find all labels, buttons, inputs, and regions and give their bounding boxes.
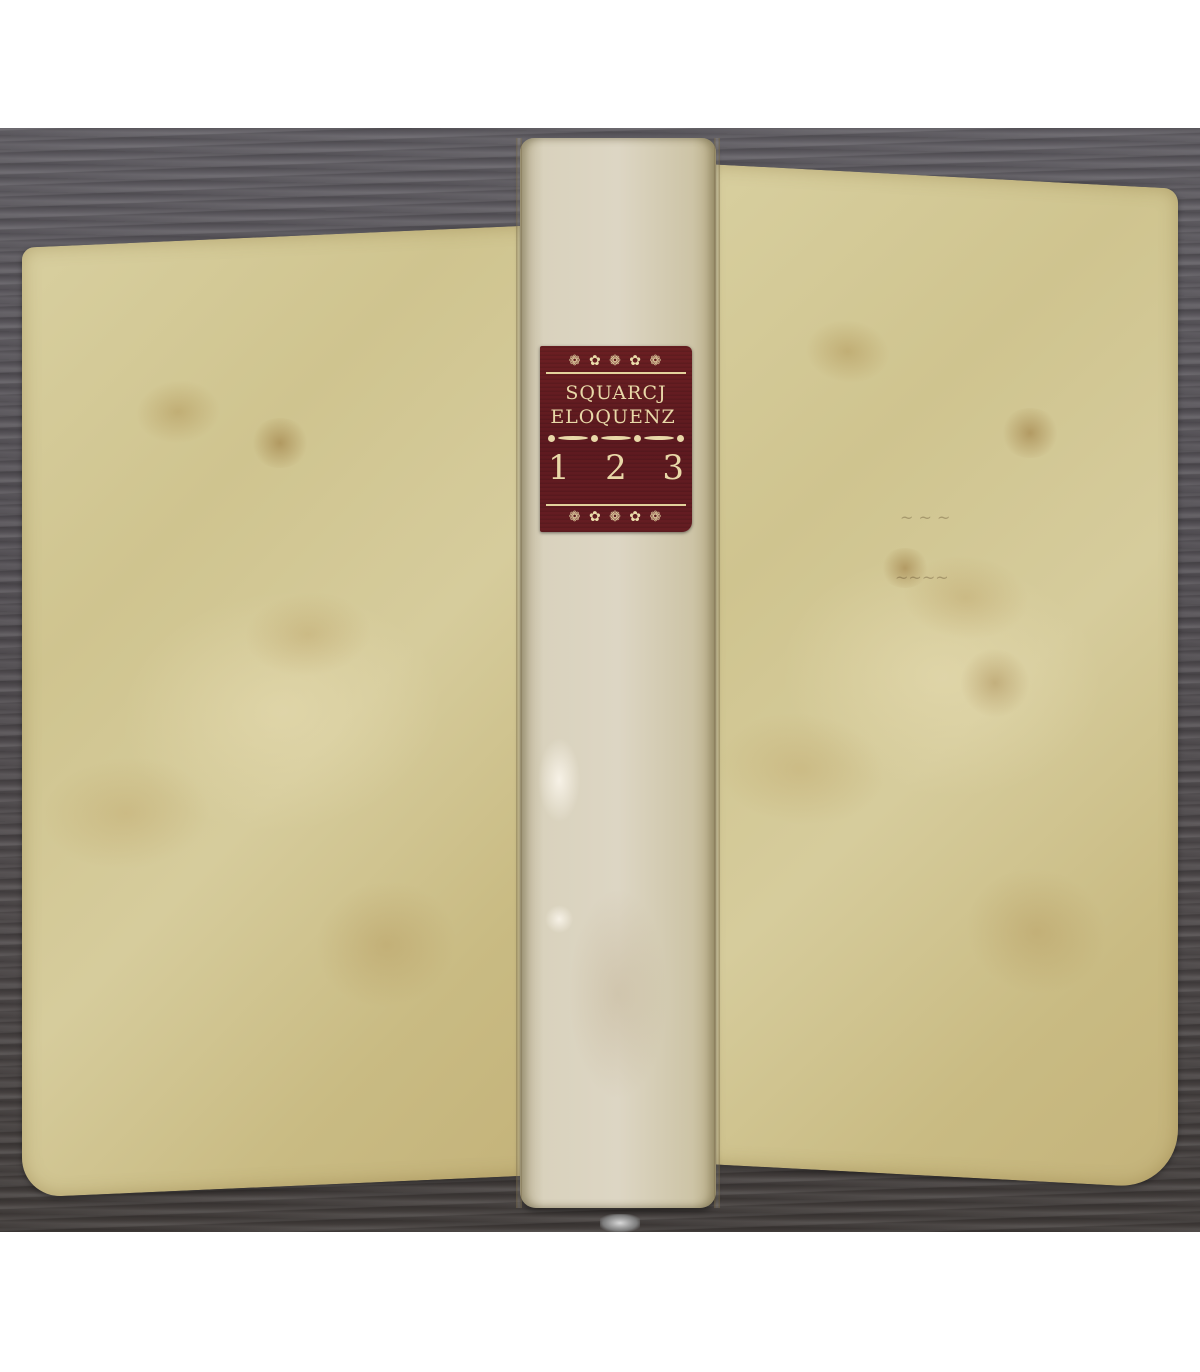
faded-handwriting: ~ ~ ~ bbox=[900, 508, 950, 527]
front-cover-board bbox=[706, 164, 1178, 1189]
label-volume-numbers: 1 2 3 bbox=[540, 448, 692, 488]
book-photograph: ~ ~ ~ ~~~~ ❁ ✿ ❁ ✿ ❁ SQUARCJ ELOQUENZ 1 … bbox=[0, 128, 1200, 1232]
faded-handwriting: ~~~~ bbox=[895, 568, 949, 587]
label-author: SQUARCJ bbox=[540, 382, 692, 404]
label-divider bbox=[548, 434, 684, 442]
stain bbox=[960, 648, 1030, 718]
book-spine bbox=[520, 138, 716, 1208]
volume-number: 1 bbox=[548, 448, 570, 488]
label-ornament-top: ❁ ✿ ❁ ✿ ❁ bbox=[546, 350, 686, 374]
spine-hinge-left bbox=[516, 138, 522, 1208]
stain bbox=[1000, 408, 1060, 458]
volume-number: 2 bbox=[605, 448, 627, 488]
spine-hinge-right bbox=[714, 138, 720, 1208]
stain bbox=[250, 418, 310, 468]
spine-title-label: ❁ ✿ ❁ ✿ ❁ SQUARCJ ELOQUENZ 1 2 3 ❁ ✿ ❁ ✿… bbox=[540, 346, 692, 532]
back-cover-board bbox=[22, 225, 542, 1198]
label-ornament-bottom: ❁ ✿ ❁ ✿ ❁ bbox=[546, 504, 686, 528]
metal-clip bbox=[600, 1214, 640, 1232]
label-title: ELOQUENZ bbox=[540, 406, 692, 428]
volume-number: 3 bbox=[662, 448, 684, 488]
